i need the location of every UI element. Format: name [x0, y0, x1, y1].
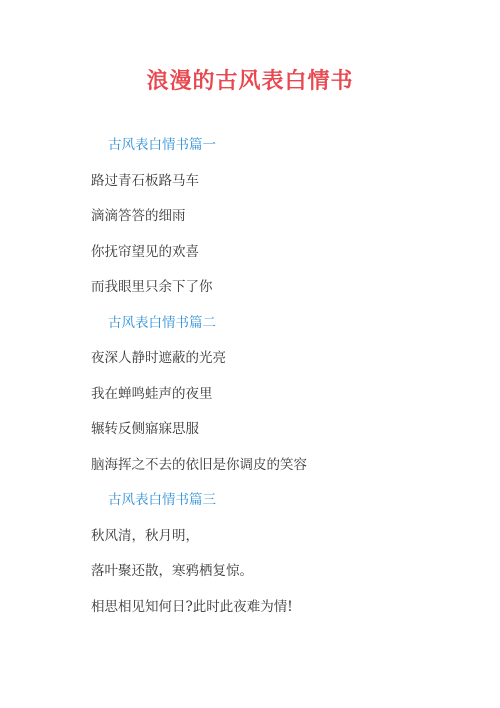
poem-line: 辗转反侧寤寐思服 — [91, 420, 451, 456]
poem-line: 夜深人静时遮蔽的光亮 — [91, 349, 451, 385]
poem-line: 路过青石板路马车 — [91, 172, 451, 208]
poem-line: 滴滴答答的细雨 — [91, 207, 451, 243]
poem-line: 秋风清，秋月明， — [91, 527, 451, 563]
section-heading-3: 古风表白情书篇三 — [91, 491, 451, 527]
poem-line: 脑海挥之不去的依旧是你调皮的笑容 — [91, 456, 451, 492]
poem-line: 而我眼里只余下了你 — [91, 278, 451, 314]
section-heading-1: 古风表白情书篇一 — [91, 136, 451, 172]
document-body: 古风表白情书篇一 路过青石板路马车 滴滴答答的细雨 你抚帘望见的欢喜 而我眼里只… — [91, 136, 451, 633]
poem-line: 相思相见知何日?此时此夜难为情! — [91, 598, 451, 634]
poem-line: 你抚帘望见的欢喜 — [91, 243, 451, 279]
poem-line: 落叶聚还散，寒鸦栖复惊。 — [91, 562, 451, 598]
document-title: 浪漫的古风表白情书 — [0, 64, 500, 95]
section-heading-2: 古风表白情书篇二 — [91, 314, 451, 350]
poem-line: 我在蝉鸣蛙声的夜里 — [91, 385, 451, 421]
